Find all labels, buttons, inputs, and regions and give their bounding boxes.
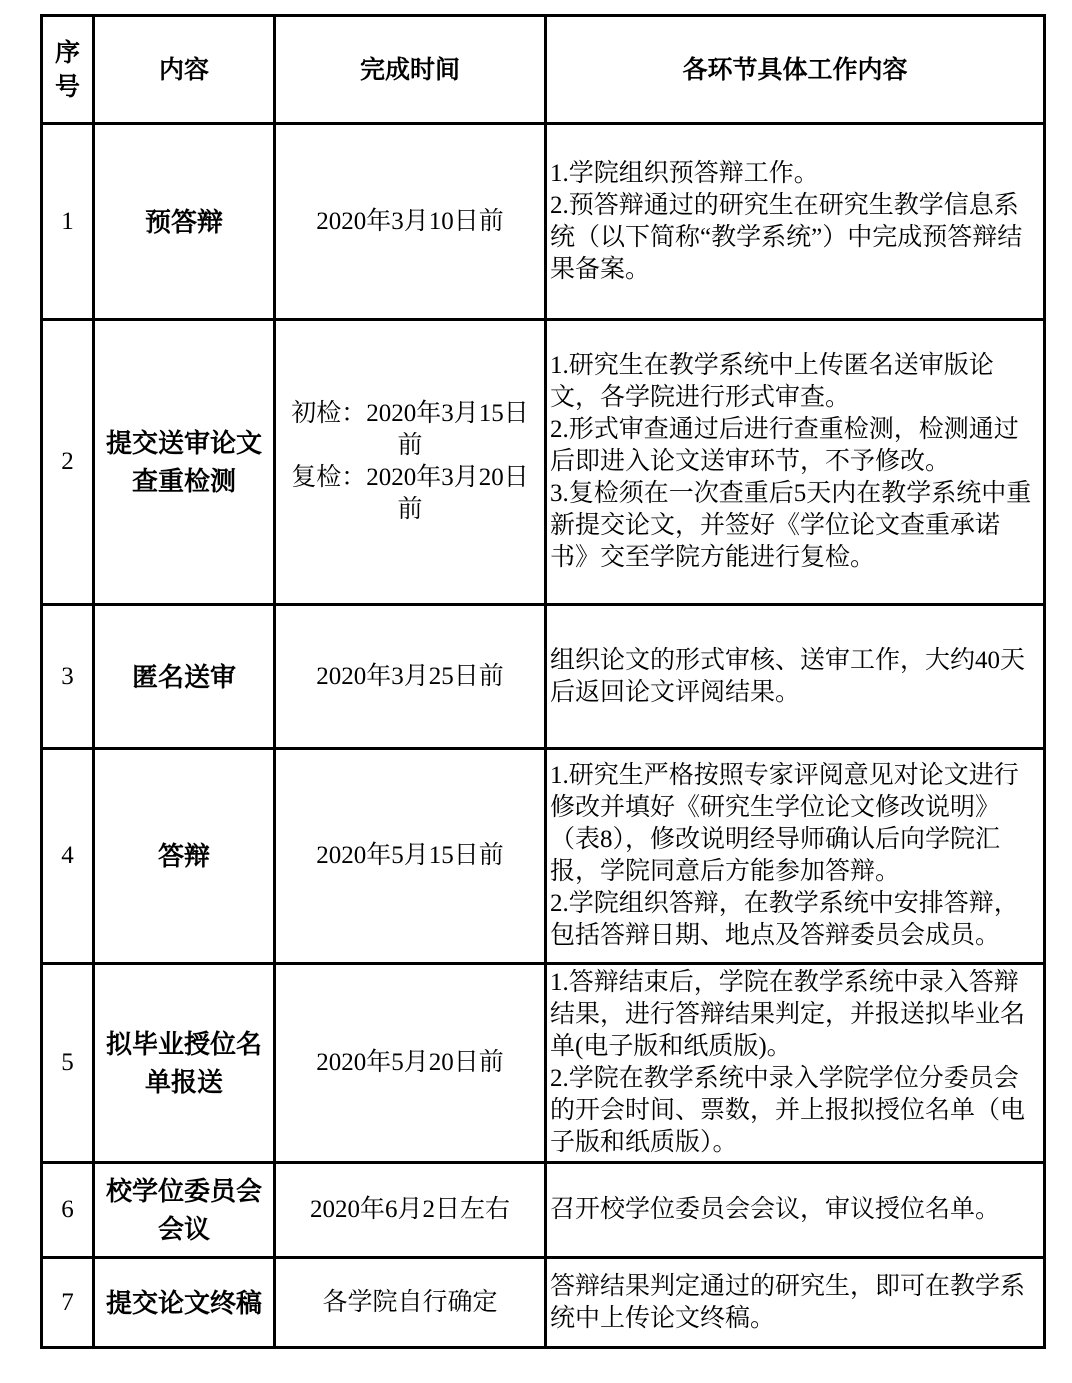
- table-row: 6 校学位委员会 会议 2020年6月2日左右 召开校学位委员会会议，审议授位名…: [42, 1163, 1045, 1258]
- header-row: 序 号 内容 完成时间 各环节具体工作内容: [42, 16, 1045, 124]
- table-row: 3 匿名送审 2020年3月25日前 组织论文的形式审核、送审工作，大约40天后…: [42, 605, 1045, 749]
- row-number: 4: [42, 749, 94, 964]
- detail-item: 组织论文的形式审核、送审工作，大约40天后返回论文评阅结果。: [550, 645, 1035, 709]
- header-cell-content: 内容: [94, 16, 275, 124]
- detail-item: 召开校学位委员会会议，审议授位名单。: [550, 1194, 1035, 1226]
- stage-name: 匿名送审: [94, 605, 275, 749]
- work-details: 1.研究生在教学系统中上传匿名送审版论文，各学院进行形式审查。 2.形式审查通过…: [546, 320, 1045, 605]
- row-number: 7: [42, 1258, 94, 1348]
- work-details: 答辩结果判定通过的研究生，即可在教学系统中上传论文终稿。: [546, 1258, 1045, 1348]
- stage-name: 预答辩: [94, 124, 275, 320]
- completion-time: 2020年6月2日左右: [275, 1163, 546, 1258]
- detail-item: 答辩结果判定通过的研究生，即可在教学系统中上传论文终稿。: [550, 1271, 1035, 1335]
- detail-item: 1.答辩结束后，学院在教学系统中录入答辩结果，进行答辩结果判定，并报送拟毕业名单…: [550, 967, 1035, 1063]
- stage-name: 拟毕业授位名 单报送: [94, 964, 275, 1163]
- stage-name: 校学位委员会 会议: [94, 1163, 275, 1258]
- table-row: 5 拟毕业授位名 单报送 2020年5月20日前 1.答辩结束后，学院在教学系统…: [42, 964, 1045, 1163]
- detail-item: 1.学院组织预答辩工作。: [550, 158, 1035, 190]
- table-row: 1 预答辩 2020年3月10日前 1.学院组织预答辩工作。 2.预答辩通过的研…: [42, 124, 1045, 320]
- completion-time: 2020年5月15日前: [275, 749, 546, 964]
- detail-item: 2.学院在教学系统中录入学院学位分委员会的开会时间、票数，并上报拟授位名单（电子…: [550, 1063, 1035, 1159]
- work-details: 1.研究生严格按照专家评阅意见对论文进行修改并填好《研究生学位论文修改说明》（表…: [546, 749, 1045, 964]
- completion-time: 各学院自行确定: [275, 1258, 546, 1348]
- stage-name: 答辩: [94, 749, 275, 964]
- detail-item: 3.复检须在一次查重后5天内在教学系统中重新提交论文，并签好《学位论文查重承诺书…: [550, 478, 1035, 574]
- completion-time: 初检：2020年3月15日 前 复检：2020年3月20日 前: [275, 320, 546, 605]
- stage-name: 提交送审论文 查重检测: [94, 320, 275, 605]
- completion-time: 2020年3月10日前: [275, 124, 546, 320]
- header-cell-number: 序 号: [42, 16, 94, 124]
- completion-time: 2020年3月25日前: [275, 605, 546, 749]
- row-number: 6: [42, 1163, 94, 1258]
- detail-item: 1.研究生严格按照专家评阅意见对论文进行修改并填好《研究生学位论文修改说明》（表…: [550, 760, 1035, 888]
- table-row: 4 答辩 2020年5月15日前 1.研究生严格按照专家评阅意见对论文进行修改并…: [42, 749, 1045, 964]
- row-number: 2: [42, 320, 94, 605]
- work-details: 组织论文的形式审核、送审工作，大约40天后返回论文评阅结果。: [546, 605, 1045, 749]
- work-details: 召开校学位委员会会议，审议授位名单。: [546, 1163, 1045, 1258]
- completion-time: 2020年5月20日前: [275, 964, 546, 1163]
- detail-item: 1.研究生在教学系统中上传匿名送审版论文，各学院进行形式审查。: [550, 350, 1035, 414]
- detail-item: 2.预答辩通过的研究生在研究生教学信息系统（以下简称“教学系统”）中完成预答辩结…: [550, 190, 1035, 286]
- document-page: 序 号 内容 完成时间 各环节具体工作内容 1 预答辩 2020年3月10日前 …: [0, 0, 1072, 1383]
- header-cell-time: 完成时间: [275, 16, 546, 124]
- table-row: 7 提交论文终稿 各学院自行确定 答辩结果判定通过的研究生，即可在教学系统中上传…: [42, 1258, 1045, 1348]
- row-number: 1: [42, 124, 94, 320]
- work-details: 1.学院组织预答辩工作。 2.预答辩通过的研究生在研究生教学信息系统（以下简称“…: [546, 124, 1045, 320]
- thesis-schedule-table: 序 号 内容 完成时间 各环节具体工作内容 1 预答辩 2020年3月10日前 …: [40, 14, 1046, 1349]
- detail-item: 2.形式审查通过后进行查重检测，检测通过后即进入论文送审环节，不予修改。: [550, 414, 1035, 478]
- work-details: 1.答辩结束后，学院在教学系统中录入答辩结果，进行答辩结果判定，并报送拟毕业名单…: [546, 964, 1045, 1163]
- detail-item: 2.学院组织答辩，在教学系统中安排答辩，包括答辩日期、地点及答辩委员会成员。: [550, 888, 1035, 952]
- table-row: 2 提交送审论文 查重检测 初检：2020年3月15日 前 复检：2020年3月…: [42, 320, 1045, 605]
- header-cell-details: 各环节具体工作内容: [546, 16, 1045, 124]
- stage-name: 提交论文终稿: [94, 1258, 275, 1348]
- row-number: 5: [42, 964, 94, 1163]
- row-number: 3: [42, 605, 94, 749]
